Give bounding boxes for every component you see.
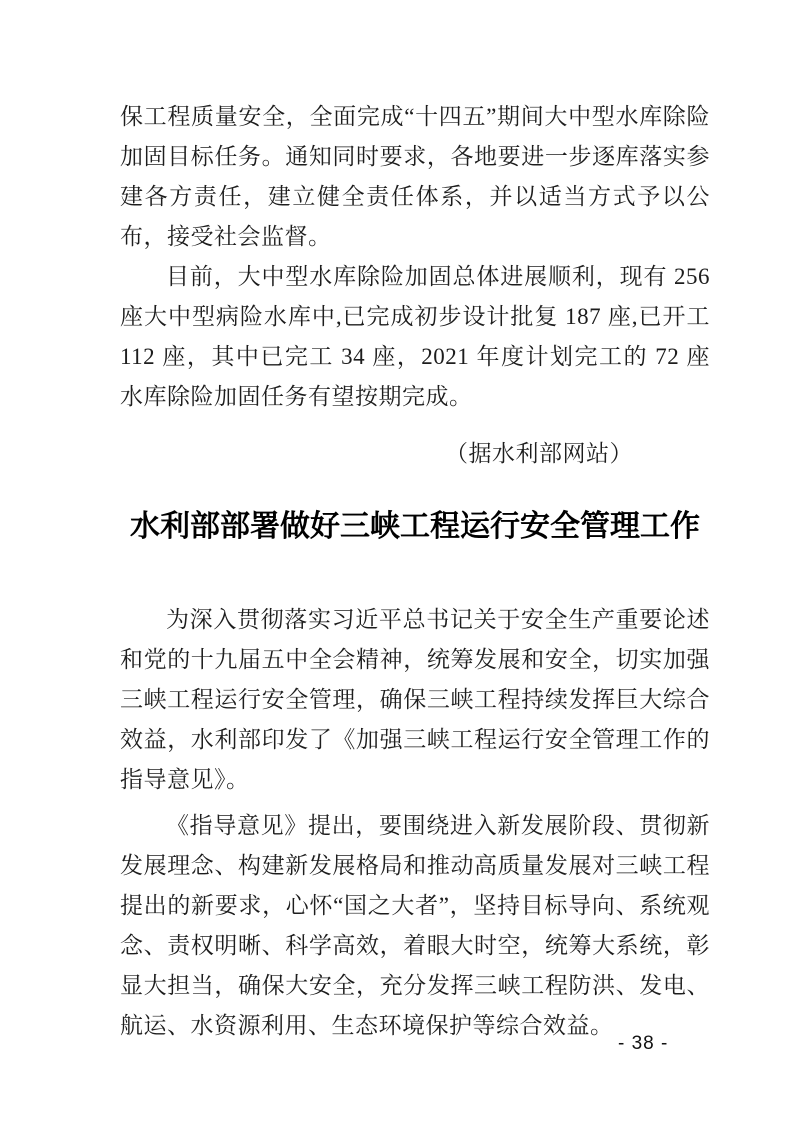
continued-paragraph: 保工程质量安全，全面完成“十四五”期间大中型水库除险加固目标任务。通知同时要求，… bbox=[120, 97, 710, 257]
article-body: 为深入贯彻落实习近平总书记关于安全生产重要论述和党的十九届五中全会精神，统筹发展… bbox=[120, 600, 710, 1046]
article-title: 水利部部署做好三峡工程运行安全管理工作 bbox=[120, 506, 710, 548]
document-page: 保工程质量安全，全面完成“十四五”期间大中型水库除险加固目标任务。通知同时要求，… bbox=[0, 0, 800, 1131]
page-number: - 38 - bbox=[618, 1031, 668, 1057]
source-attribution: （据水利部网站） bbox=[120, 434, 710, 474]
article-paragraph: 为深入贯彻落实习近平总书记关于安全生产重要论述和党的十九届五中全会精神，统筹发展… bbox=[120, 600, 710, 800]
article-paragraph: 《指导意见》提出，要围绕进入新发展阶段、贯彻新发展理念、构建新发展格局和推动高质… bbox=[120, 806, 710, 1046]
progress-paragraph: 目前，大中型水库除险加固总体进展顺利，现有 256 座大中型病险水库中,已完成初… bbox=[120, 257, 710, 417]
previous-article-body: 保工程质量安全，全面完成“十四五”期间大中型水库除险加固目标任务。通知同时要求，… bbox=[120, 97, 710, 474]
